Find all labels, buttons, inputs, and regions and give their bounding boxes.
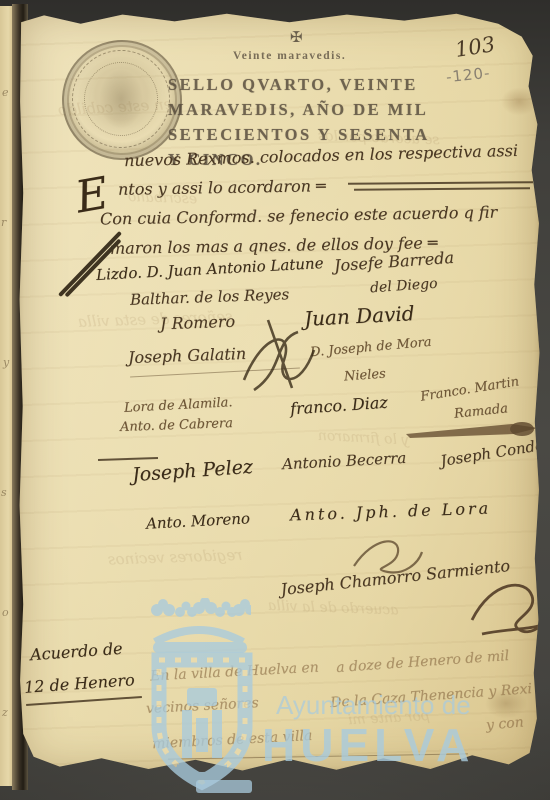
edge-ink-fragment: z <box>2 706 8 719</box>
edge-ink-fragment: o <box>2 606 9 619</box>
watermark-crown-icon <box>147 598 251 656</box>
signature-nieles: Nieles <box>344 367 387 385</box>
manuscript-page: en este cabildo se acordo por los señore… <box>18 10 540 772</box>
filler-rule <box>348 181 533 185</box>
signature-antonio-moreno: Anto. Moreno <box>146 509 251 532</box>
signature-dash <box>98 457 158 461</box>
bleedthrough-text: regidores vecinos <box>108 546 243 569</box>
folio-number-ink: 103 <box>453 32 496 62</box>
printed-tax-line: Veinte maravedis. <box>233 50 346 62</box>
signature-antonio-becerra: Antonio Becerra <box>282 449 407 473</box>
signature-del-diego: del Diego <box>370 276 439 297</box>
edge-ink-fragment: s <box>1 486 7 499</box>
rubric-flourish <box>466 570 550 640</box>
manuscript-line: Con cuia Conformd. se fenecio este acuer… <box>100 203 497 229</box>
edge-ink-fragment: r <box>1 216 6 229</box>
signature-flourish-dagger <box>404 418 544 444</box>
signature-antonio-cabrera: Anto. de Cabrera <box>120 416 233 435</box>
bleedthrough-text: acuerdo de la villa <box>268 598 399 619</box>
faint-body-line: y con <box>485 714 524 733</box>
margin-note-underline <box>26 696 142 706</box>
scanned-document: e r y s o z en este cabildo se acordo po… <box>0 0 550 800</box>
margin-note-acuerdo: Acuerdo de <box>29 639 123 664</box>
printed-cross-icon: ✠ <box>290 28 303 47</box>
ink-flourish-loop <box>348 530 428 576</box>
signature-juan-antonio-latune: Lizdo. D. Juan Antonio Latune <box>96 254 324 284</box>
margin-note-fecha: 12 de Henero <box>23 670 135 697</box>
watermark-org-text: Ayuntamiento de <box>276 690 471 721</box>
signature-francisco-martin: Franco. Martin <box>419 374 520 404</box>
faint-body-line: a doze de Henero de mil <box>336 648 510 676</box>
watermark-city-text: HUELVA <box>262 718 474 772</box>
signature-joseph-pelez: Joseph Pelez <box>131 456 253 486</box>
signature-joseph-galatin: Joseph Galatin <box>128 344 247 367</box>
edge-ink-fragment: y <box>3 356 9 369</box>
watermark-shield-icon <box>149 652 255 792</box>
signature-lora-alamila: Lora de Alamila. <box>124 395 233 416</box>
folio-number-pencil: -120- <box>445 64 491 87</box>
watermark-ribbon <box>196 780 252 793</box>
margin-slash-mark <box>58 231 122 297</box>
signature-antonio-lora: Anto. Jph. de Lora <box>290 498 492 524</box>
bleedthrough-text: y lo firmaron <box>318 428 410 449</box>
edge-ink-fragment: e <box>2 86 9 99</box>
manuscript-line: ntos y assi lo acordaron ═ <box>118 176 326 199</box>
signature-j-romero: J Romero <box>160 312 236 334</box>
signature-balthasar-reyes: Balthar. de los Reyes <box>130 285 290 309</box>
filler-rule <box>354 187 530 191</box>
ink-flourish-tangle <box>234 310 324 400</box>
signature-joseph-de-mora: D. Joseph de Mora <box>310 335 433 361</box>
paper-seal-coat-of-arms <box>84 62 158 136</box>
